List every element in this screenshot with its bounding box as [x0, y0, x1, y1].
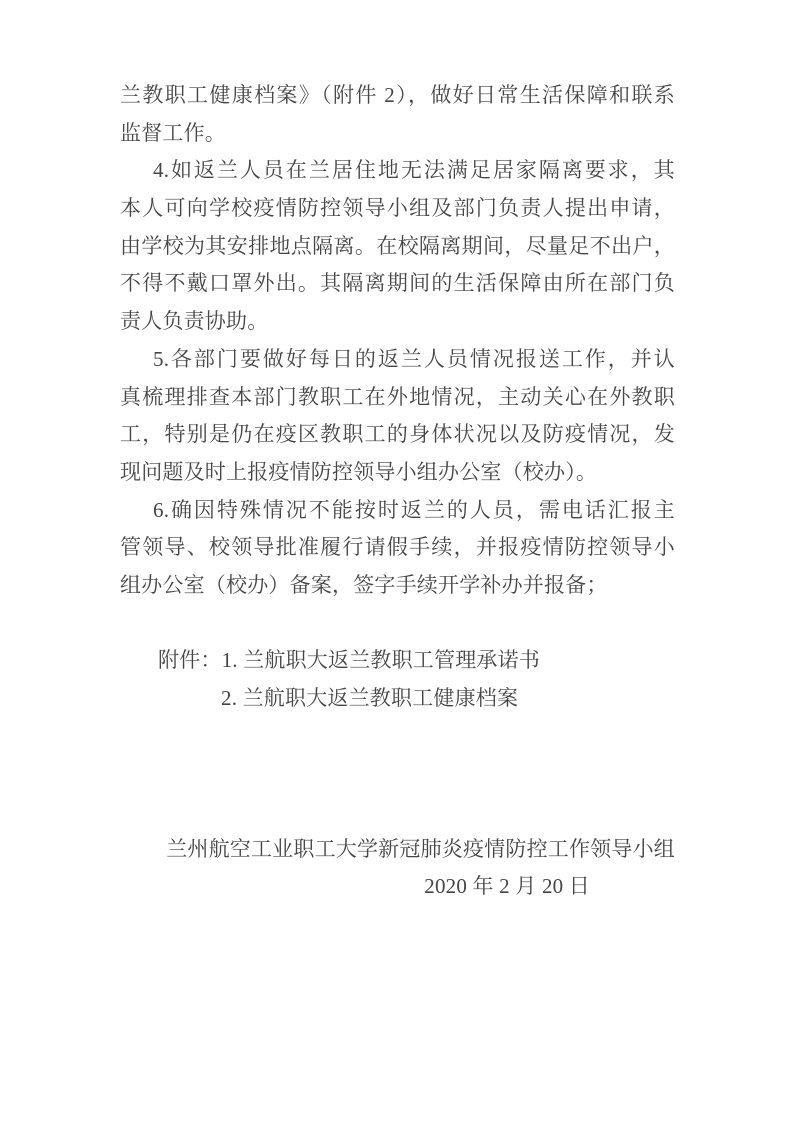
blank-line: [120, 718, 675, 756]
body-text-line: 不得不戴口罩外出。其隔离期间的生活保障由所在部门负: [120, 265, 675, 303]
body-text-line: 组办公室（校办）备案，签字手续开学补办并报备；: [120, 567, 675, 605]
body-text-line: 真梳理排查本部门教职工在外地情况，主动关心在外教职: [120, 379, 675, 417]
attachment-item-1: 附件：1. 兰航职大返兰教职工管理承诺书: [120, 642, 675, 680]
body-text-line: 6.确因特殊情况不能按时返兰的人员，需电话汇报主: [120, 492, 675, 530]
document-page: 兰教职工健康档案》（附件 2），做好日常生活保障和联系 监督工作。 4.如返兰人…: [0, 0, 794, 1123]
signature-date: 2020 年 2 月 20 日: [120, 868, 675, 906]
body-text-line: 由学校为其安排地点隔离。在校隔离期间，尽量足不出户，: [120, 228, 675, 266]
body-text-line: 监督工作。: [120, 115, 675, 153]
signature-org: 兰州航空工业职工大学新冠肺炎疫情防控工作领导小组: [120, 831, 675, 869]
body-text-line: 4.如返兰人员在兰居住地无法满足居家隔离要求，其: [120, 152, 675, 190]
attachment-item-2: 2. 兰航职大返兰教职工健康档案: [120, 680, 675, 718]
blank-line: [120, 755, 675, 793]
body-text-line: 工，特别是仍在疫区教职工的身体状况以及防疫情况，发: [120, 416, 675, 454]
blank-line: [120, 793, 675, 831]
body-text-line: 管领导、校领导批准履行请假手续，并报疫情防控领导小: [120, 529, 675, 567]
body-text-line: 兰教职工健康档案》（附件 2），做好日常生活保障和联系: [120, 77, 675, 115]
blank-line: [120, 605, 675, 643]
body-text-line: 5.各部门要做好每日的返兰人员情况报送工作，并认: [120, 341, 675, 379]
body-text-line: 现问题及时上报疫情防控领导小组办公室（校办）。: [120, 454, 675, 492]
body-text-line: 本人可向学校疫情防控领导小组及部门负责人提出申请，: [120, 190, 675, 228]
body-text-line: 责人负责协助。: [120, 303, 675, 341]
document-text-column: 兰教职工健康档案》（附件 2），做好日常生活保障和联系 监督工作。 4.如返兰人…: [120, 77, 675, 906]
